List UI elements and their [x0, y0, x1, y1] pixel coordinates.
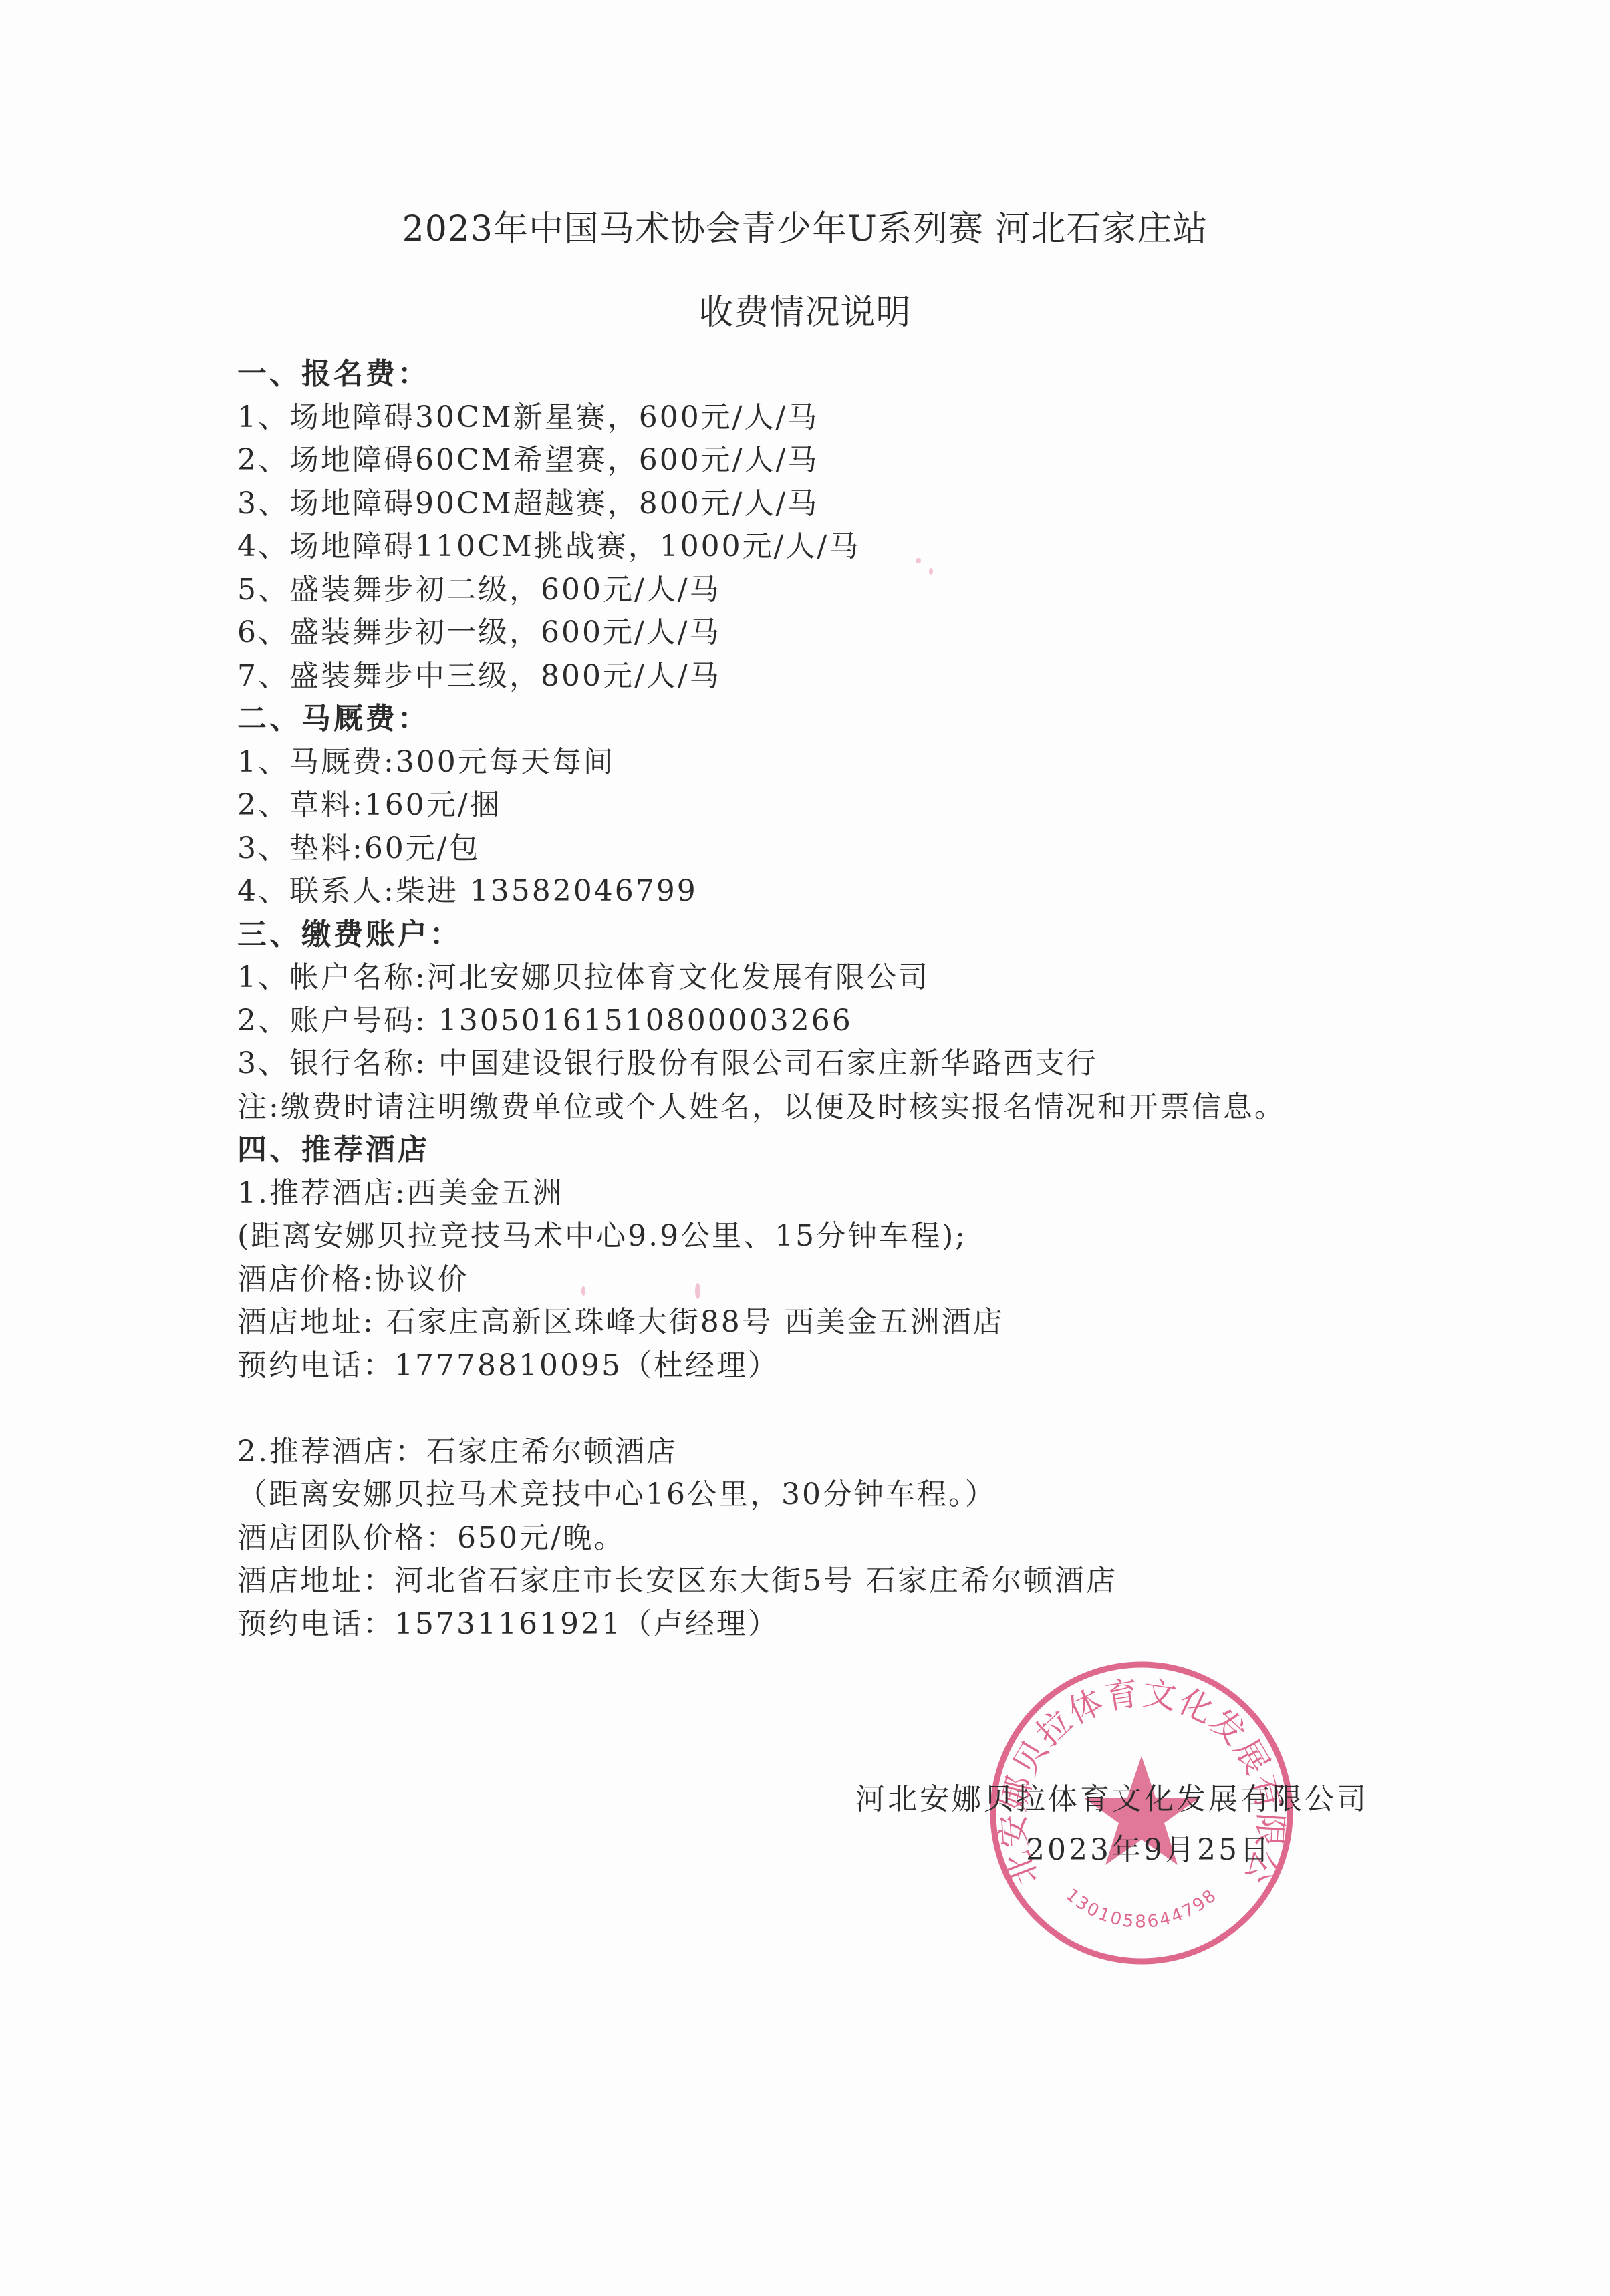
signature-company: 河北安娜贝拉体育文化发展有限公司 — [855, 1775, 1390, 1818]
contact-line: 4、联系人:柴进 13582046799 — [237, 870, 1440, 913]
bank-name: 3、银行名称: 中国建设银行股份有限公司石家庄新华路西支行 — [237, 1042, 1440, 1086]
account-number: 2、账户号码: 13050161510800003266 — [237, 1000, 1440, 1043]
list-item: 7、盛装舞步中三级，800元/人/马 — [237, 655, 1440, 698]
hotel-2-price: 酒店团队价格：650元/晚。 — [237, 1517, 1440, 1560]
hotel-2-address: 酒店地址：河北省石家庄市长安区东大街5号 石家庄希尔顿酒店 — [237, 1560, 1440, 1603]
document-body: 一、报名费： 1、场地障碍30CM新星赛，600元/人/马 2、场地障碍60CM… — [237, 353, 1440, 1646]
signature-date: 2023年9月25日 — [1026, 1826, 1390, 1868]
document-subtitle: 收费情况说明 — [0, 284, 1610, 334]
list-item: 3、垫料:60元/包 — [237, 827, 1440, 871]
list-item: 1、场地障碍30CM新星赛，600元/人/马 — [237, 396, 1440, 440]
spacer — [237, 1387, 1440, 1431]
list-item: 5、盛装舞步初二级，600元/人/马 — [237, 569, 1440, 612]
section-heading-registration-fee: 一、报名费： — [237, 353, 1440, 396]
document-title: 2023年中国马术协会青少年U系列赛 河北石家庄站 — [0, 200, 1610, 251]
section-heading-payment-account: 三、缴费账户： — [237, 913, 1440, 957]
document-page: 2023年中国马术协会青少年U系列赛 河北石家庄站 收费情况说明 一、报名费： … — [0, 0, 1610, 2296]
list-item: 2、场地障碍60CM希望赛，600元/人/马 — [237, 439, 1440, 482]
hotel-2-name: 2.推荐酒店：石家庄希尔顿酒店 — [237, 1431, 1440, 1474]
payment-note: 注:缴费时请注明缴费单位或个人姓名，以便及时核实报名情况和开票信息。 — [237, 1086, 1440, 1129]
list-item: 2、草料:160元/捆 — [237, 784, 1440, 827]
hotel-2-distance: （距离安娜贝拉马术竞技中心16公里，30分钟车程。） — [237, 1473, 1440, 1517]
scan-speck — [695, 1283, 700, 1299]
list-item: 1、马厩费:300元每天每间 — [237, 741, 1440, 784]
hotel-1-distance: (距离安娜贝拉竞技马术中心9.9公里、15分钟车程); — [237, 1215, 1440, 1258]
account-name: 1、帐户名称:河北安娜贝拉体育文化发展有限公司 — [237, 956, 1440, 1000]
hotel-1-phone: 预约电话：17778810095（杜经理） — [237, 1344, 1440, 1388]
signature-block: 河北安娜贝拉体育文化发展有限公司 2023年9月25日 — [855, 1775, 1390, 1868]
scan-speck — [916, 558, 921, 563]
scan-speck — [929, 568, 933, 575]
hotel-2-phone: 预约电话：15731161921（卢经理） — [237, 1603, 1440, 1646]
list-item: 3、场地障碍90CM超越赛，800元/人/马 — [237, 482, 1440, 526]
hotel-1-name: 1.推荐酒店:西美金五洲 — [237, 1172, 1440, 1215]
section-heading-recommended-hotels: 四、推荐酒店 — [237, 1129, 1440, 1172]
hotel-1-price: 酒店价格:协议价 — [237, 1258, 1440, 1302]
svg-text:1301058644798: 1301058644798 — [1061, 1885, 1221, 1932]
section-heading-stable-fee: 二、马厩费： — [237, 698, 1440, 741]
list-item: 4、场地障碍110CM挑战赛，1000元/人/马 — [237, 525, 1440, 569]
scan-speck — [581, 1286, 585, 1296]
hotel-1-address: 酒店地址: 石家庄高新区珠峰大街88号 西美金五洲酒店 — [237, 1301, 1440, 1344]
list-item: 6、盛装舞步初一级，600元/人/马 — [237, 611, 1440, 655]
